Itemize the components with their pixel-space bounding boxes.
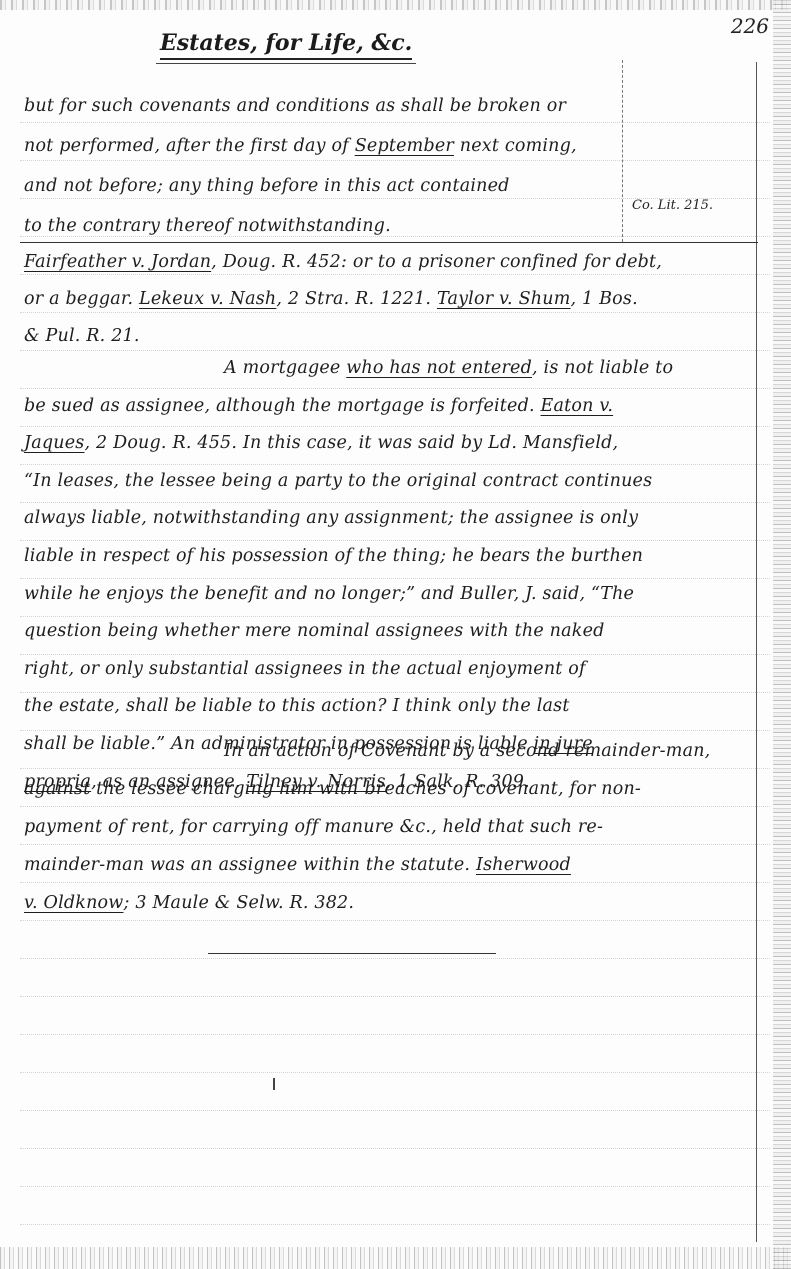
text-run: ; 3 Maule & Selw. R. 382. bbox=[123, 893, 354, 913]
paragraph-3: In an action of Covenant by a second rem… bbox=[24, 732, 764, 922]
text-line: always liable, notwithstanding any assig… bbox=[24, 500, 764, 538]
ruled-line bbox=[20, 1186, 770, 1187]
text-run: , 1 Bos. bbox=[571, 289, 638, 309]
underlined-word: September bbox=[355, 136, 454, 156]
text-line: to the contrary thereof notwithstanding. bbox=[24, 206, 614, 246]
text-run: or a beggar. bbox=[24, 289, 139, 309]
end-rule bbox=[208, 953, 496, 954]
upper-section-text: but for such covenants and conditions as… bbox=[24, 86, 614, 246]
text-run: right, or only substantial assignees in … bbox=[24, 659, 586, 679]
text-run: the estate, shall be liable to this acti… bbox=[24, 696, 570, 716]
text-line: Fairfeather v. Jordan, Doug. R. 452: or … bbox=[24, 244, 764, 281]
text-run: question being whether mere nominal assi… bbox=[24, 621, 605, 641]
document-page: 226 Estates, for Life, &c. but for such … bbox=[0, 0, 791, 1269]
page-number: 226 bbox=[731, 14, 769, 38]
text-run: A mortgagee bbox=[224, 358, 346, 378]
text-line: while he enjoys the benefit and no longe… bbox=[24, 576, 764, 614]
ruled-line bbox=[20, 1110, 770, 1111]
ruled-line bbox=[20, 996, 770, 997]
text-run: always liable, notwithstanding any assig… bbox=[24, 508, 638, 528]
ruled-line bbox=[20, 1034, 770, 1035]
text-run: liable in respect of his possession of t… bbox=[24, 546, 643, 566]
text-line: mainder-man was an assignee within the s… bbox=[24, 846, 764, 884]
margin-note: Co. Lit. 215. bbox=[632, 198, 713, 213]
text-run: payment of rent, for carrying off manure… bbox=[24, 817, 603, 837]
section-divider bbox=[20, 242, 758, 243]
text-run: & Pul. R. 21. bbox=[24, 326, 140, 346]
text-line: or a beggar. Lekeux v. Nash, 2 Stra. R. … bbox=[24, 281, 764, 318]
text-line: question being whether mere nominal assi… bbox=[24, 613, 764, 651]
paragraph-1: Fairfeather v. Jordan, Doug. R. 452: or … bbox=[24, 244, 764, 355]
text-run: , 2 Stra. R. 1221. bbox=[276, 289, 437, 309]
text-line: liable in respect of his possession of t… bbox=[24, 538, 764, 576]
text-line: “In leases, the lessee being a party to … bbox=[24, 463, 764, 501]
ruled-line bbox=[20, 1072, 770, 1073]
case-citation: Isherwood bbox=[476, 855, 571, 875]
text-line: Jaques, 2 Doug. R. 455. In this case, it… bbox=[24, 425, 764, 463]
text-line: payment of rent, for carrying off manure… bbox=[24, 808, 764, 846]
page-title: Estates, for Life, &c. bbox=[160, 30, 412, 60]
scan-edge-top bbox=[0, 0, 791, 10]
text-run: be sued as assignee, although the mortga… bbox=[24, 396, 541, 416]
case-citation: v. Oldknow bbox=[24, 893, 123, 913]
text-run: , is not liable to bbox=[532, 358, 673, 378]
text-line: be sued as assignee, although the mortga… bbox=[24, 388, 764, 426]
text-line: against the lessee charging him with bre… bbox=[24, 770, 764, 808]
text-line: the estate, shall be liable to this acti… bbox=[24, 688, 764, 726]
ruled-line bbox=[20, 1148, 770, 1149]
text-line: but for such covenants and conditions as… bbox=[24, 86, 614, 126]
case-citation: Jaques bbox=[24, 433, 84, 453]
scan-edge-bottom bbox=[0, 1247, 791, 1269]
stray-mark bbox=[273, 1078, 275, 1090]
case-citation: Taylor v. Shum bbox=[437, 289, 571, 309]
case-citation: who has not entered bbox=[346, 358, 532, 378]
scan-edge-right bbox=[773, 0, 791, 1269]
margin-column-rule-left bbox=[622, 60, 623, 242]
ruled-line bbox=[20, 958, 770, 959]
text-line: v. Oldknow; 3 Maule & Selw. R. 382. bbox=[24, 884, 764, 922]
text-run: In an action of Covenant by a second rem… bbox=[224, 741, 710, 761]
text-line: right, or only substantial assignees in … bbox=[24, 651, 764, 689]
case-citation: Eaton v. bbox=[541, 396, 614, 416]
text-run: against the lessee charging him with bre… bbox=[24, 779, 641, 799]
text-run: , Doug. R. 452: or to a prisoner confine… bbox=[211, 252, 662, 272]
ruled-line bbox=[20, 1224, 770, 1225]
text-line: and not before; any thing before in this… bbox=[24, 166, 614, 206]
case-citation: Lekeux v. Nash bbox=[139, 289, 276, 309]
text-line: not performed, after the first day of Se… bbox=[24, 126, 614, 166]
text-run: mainder-man was an assignee within the s… bbox=[24, 855, 476, 875]
case-citation: Fairfeather v. Jordan bbox=[24, 252, 211, 272]
text-run: , 2 Doug. R. 455. In this case, it was s… bbox=[84, 433, 618, 453]
text-line: In an action of Covenant by a second rem… bbox=[24, 732, 764, 770]
text-run: while he enjoys the benefit and no longe… bbox=[24, 584, 634, 604]
text-line: A mortgagee who has not entered, is not … bbox=[24, 350, 764, 388]
text-run: “In leases, the lessee being a party to … bbox=[24, 471, 652, 491]
